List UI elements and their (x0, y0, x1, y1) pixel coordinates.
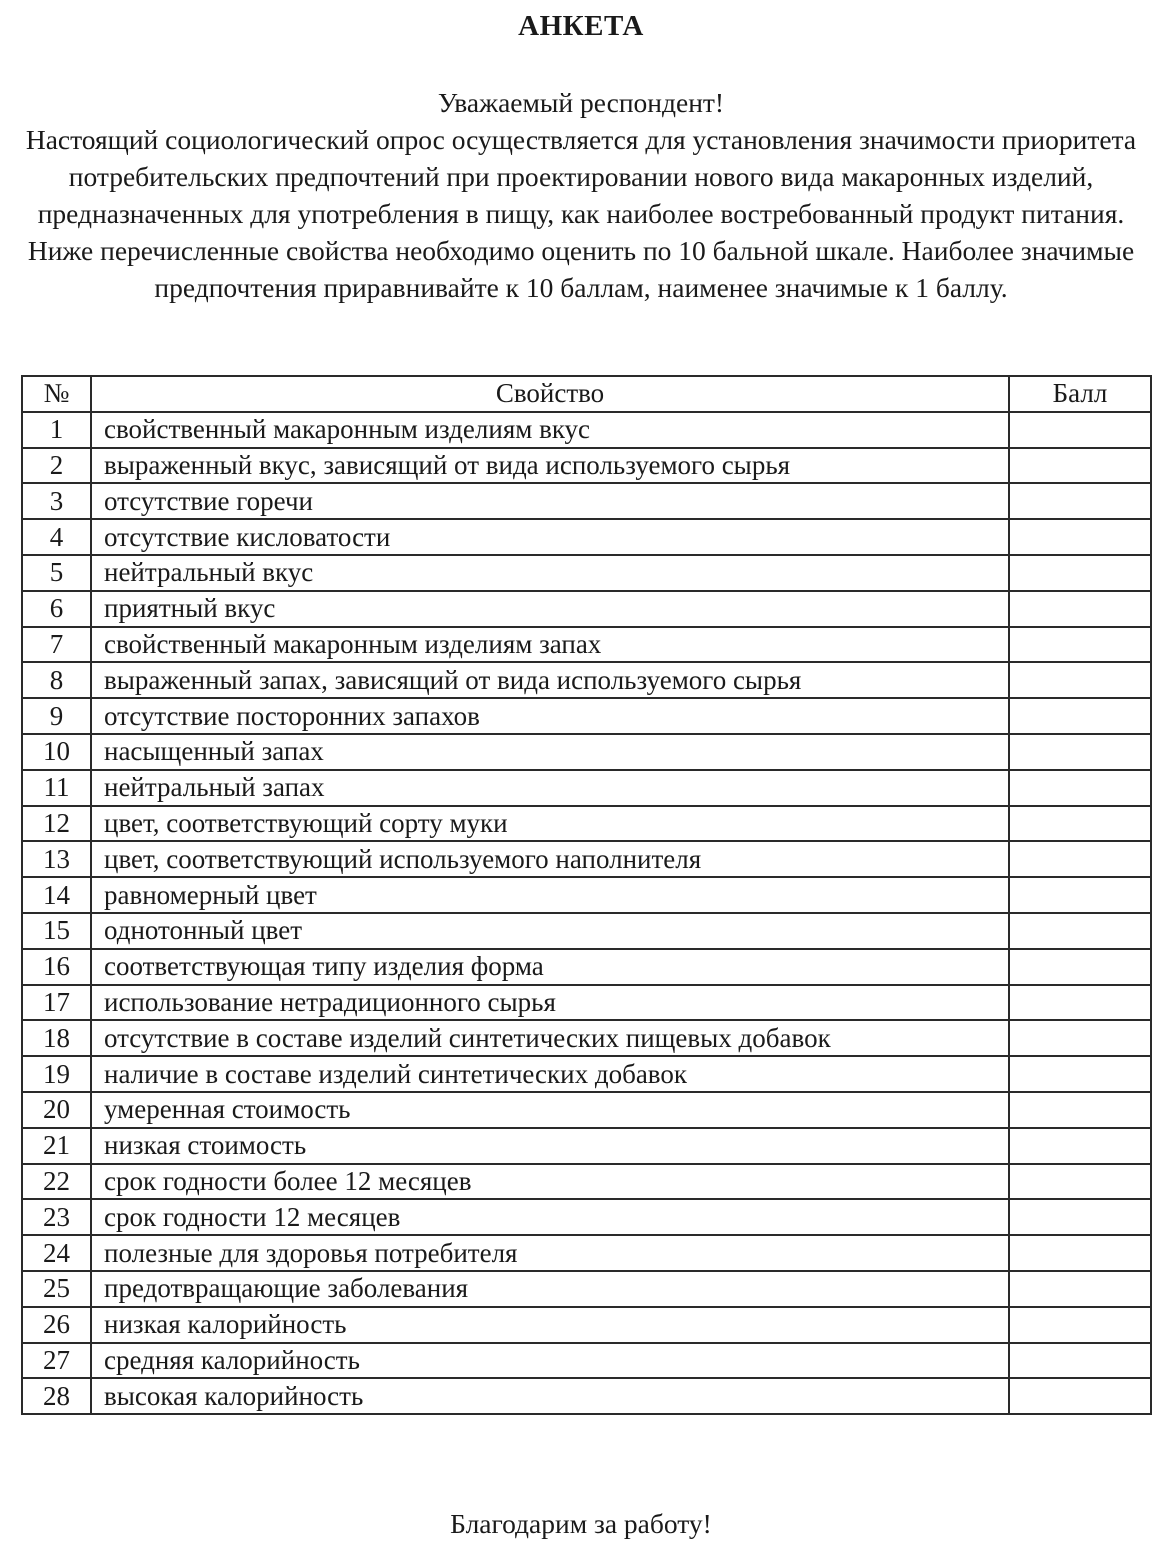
survey-table: № Свойство Балл 1свойственный макаронным… (21, 375, 1152, 1415)
table-row: 26низкая калорийность (22, 1307, 1151, 1343)
header-score: Балл (1009, 376, 1151, 412)
row-score-cell[interactable] (1009, 555, 1151, 591)
row-number: 25 (22, 1271, 91, 1307)
table-row: 18отсутствие в составе изделий синтетиче… (22, 1020, 1151, 1056)
footer-thanks: Благодарим за работу! (0, 1508, 1162, 1540)
table-row: 21низкая стоимость (22, 1128, 1151, 1164)
row-score-cell[interactable] (1009, 985, 1151, 1021)
row-property: срок годности 12 месяцев (91, 1199, 1009, 1235)
row-number: 21 (22, 1128, 91, 1164)
row-score-cell[interactable] (1009, 1020, 1151, 1056)
table-row: 23срок годности 12 месяцев (22, 1199, 1151, 1235)
table-row: 6приятный вкус (22, 591, 1151, 627)
row-score-cell[interactable] (1009, 734, 1151, 770)
row-number: 6 (22, 591, 91, 627)
row-score-cell[interactable] (1009, 1378, 1151, 1414)
row-property: средняя калорийность (91, 1343, 1009, 1379)
table-row: 13цвет, соответствующий используемого на… (22, 841, 1151, 877)
table-row: 25предотвращающие заболевания (22, 1271, 1151, 1307)
row-number: 13 (22, 841, 91, 877)
row-score-cell[interactable] (1009, 412, 1151, 448)
table-row: 22срок годности более 12 месяцев (22, 1164, 1151, 1200)
row-property: полезные для здоровья потребителя (91, 1235, 1009, 1271)
table-row: 28высокая калорийность (22, 1378, 1151, 1414)
document-title: АНКЕТА (0, 10, 1162, 43)
row-property: предотвращающие заболевания (91, 1271, 1009, 1307)
table-row: 15однотонный цвет (22, 913, 1151, 949)
table-row: 17использование нетрадиционного сырья (22, 985, 1151, 1021)
row-number: 3 (22, 483, 91, 519)
row-score-cell[interactable] (1009, 1343, 1151, 1379)
row-score-cell[interactable] (1009, 1307, 1151, 1343)
row-property: наличие в составе изделий синтетических … (91, 1056, 1009, 1092)
row-score-cell[interactable] (1009, 806, 1151, 842)
intro-text: Настоящий социологический опрос осуществ… (26, 124, 1136, 303)
row-number: 4 (22, 519, 91, 555)
row-number: 22 (22, 1164, 91, 1200)
row-score-cell[interactable] (1009, 448, 1151, 484)
row-property: отсутствие в составе изделий синтетическ… (91, 1020, 1009, 1056)
row-number: 5 (22, 555, 91, 591)
row-score-cell[interactable] (1009, 698, 1151, 734)
row-number: 15 (22, 913, 91, 949)
table-row: 24полезные для здоровья потребителя (22, 1235, 1151, 1271)
row-property: отсутствие посторонних запахов (91, 698, 1009, 734)
table-row: 5нейтральный вкус (22, 555, 1151, 591)
row-property: низкая стоимость (91, 1128, 1009, 1164)
row-number: 17 (22, 985, 91, 1021)
row-number: 18 (22, 1020, 91, 1056)
row-property: свойственный макаронным изделиям вкус (91, 412, 1009, 448)
intro-block: Уважаемый респондент! Настоящий социолог… (20, 84, 1142, 306)
row-property: низкая калорийность (91, 1307, 1009, 1343)
row-property: выраженный вкус, зависящий от вида испол… (91, 448, 1009, 484)
row-property: цвет, соответствующий используемого напо… (91, 841, 1009, 877)
table-row: 16соответствующая типу изделия форма (22, 949, 1151, 985)
row-property: отсутствие кисловатости (91, 519, 1009, 555)
row-score-cell[interactable] (1009, 841, 1151, 877)
row-score-cell[interactable] (1009, 627, 1151, 663)
row-property: высокая калорийность (91, 1378, 1009, 1414)
row-number: 19 (22, 1056, 91, 1092)
row-number: 14 (22, 877, 91, 913)
table-row: 1свойственный макаронным изделиям вкус (22, 412, 1151, 448)
row-score-cell[interactable] (1009, 770, 1151, 806)
row-property: умеренная стоимость (91, 1092, 1009, 1128)
table-row: 3отсутствие горечи (22, 483, 1151, 519)
row-property: насыщенный запах (91, 734, 1009, 770)
row-number: 1 (22, 412, 91, 448)
row-number: 16 (22, 949, 91, 985)
table-row: 14равномерный цвет (22, 877, 1151, 913)
row-property: приятный вкус (91, 591, 1009, 627)
row-score-cell[interactable] (1009, 1056, 1151, 1092)
row-number: 20 (22, 1092, 91, 1128)
row-number: 7 (22, 627, 91, 663)
table-row: 8выраженный запах, зависящий от вида исп… (22, 662, 1151, 698)
row-property: цвет, соответствующий сорту муки (91, 806, 1009, 842)
table-row: 10насыщенный запах (22, 734, 1151, 770)
row-score-cell[interactable] (1009, 483, 1151, 519)
row-property: выраженный запах, зависящий от вида испо… (91, 662, 1009, 698)
table-row: 19наличие в составе изделий синтетически… (22, 1056, 1151, 1092)
table-row: 4отсутствие кисловатости (22, 519, 1151, 555)
table-header-row: № Свойство Балл (22, 376, 1151, 412)
table-row: 9отсутствие посторонних запахов (22, 698, 1151, 734)
row-score-cell[interactable] (1009, 1271, 1151, 1307)
row-score-cell[interactable] (1009, 1092, 1151, 1128)
row-number: 9 (22, 698, 91, 734)
row-property: соответствующая типу изделия форма (91, 949, 1009, 985)
row-number: 26 (22, 1307, 91, 1343)
row-property: нейтральный запах (91, 770, 1009, 806)
row-property: однотонный цвет (91, 913, 1009, 949)
header-property: Свойство (91, 376, 1009, 412)
row-number: 12 (22, 806, 91, 842)
row-score-cell[interactable] (1009, 519, 1151, 555)
row-number: 10 (22, 734, 91, 770)
row-score-cell[interactable] (1009, 1199, 1151, 1235)
row-number: 28 (22, 1378, 91, 1414)
row-score-cell[interactable] (1009, 662, 1151, 698)
row-score-cell[interactable] (1009, 949, 1151, 985)
greeting: Уважаемый респондент! (20, 84, 1142, 121)
row-score-cell[interactable] (1009, 1164, 1151, 1200)
row-property: равномерный цвет (91, 877, 1009, 913)
table-row: 20умеренная стоимость (22, 1092, 1151, 1128)
row-property: свойственный макаронным изделиям запах (91, 627, 1009, 663)
row-number: 23 (22, 1199, 91, 1235)
row-property: срок годности более 12 месяцев (91, 1164, 1009, 1200)
table-row: 2выраженный вкус, зависящий от вида испо… (22, 448, 1151, 484)
row-number: 8 (22, 662, 91, 698)
row-number: 11 (22, 770, 91, 806)
row-score-cell[interactable] (1009, 1235, 1151, 1271)
table-body: 1свойственный макаронным изделиям вкус2в… (22, 412, 1151, 1414)
header-num: № (22, 376, 91, 412)
row-number: 27 (22, 1343, 91, 1379)
row-score-cell[interactable] (1009, 591, 1151, 627)
row-score-cell[interactable] (1009, 877, 1151, 913)
table-row: 27средняя калорийность (22, 1343, 1151, 1379)
table-row: 11нейтральный запах (22, 770, 1151, 806)
table-row: 12цвет, соответствующий сорту муки (22, 806, 1151, 842)
row-property: нейтральный вкус (91, 555, 1009, 591)
row-score-cell[interactable] (1009, 1128, 1151, 1164)
row-property: использование нетрадиционного сырья (91, 985, 1009, 1021)
row-score-cell[interactable] (1009, 913, 1151, 949)
row-property: отсутствие горечи (91, 483, 1009, 519)
row-number: 24 (22, 1235, 91, 1271)
table-row: 7свойственный макаронным изделиям запах (22, 627, 1151, 663)
row-number: 2 (22, 448, 91, 484)
